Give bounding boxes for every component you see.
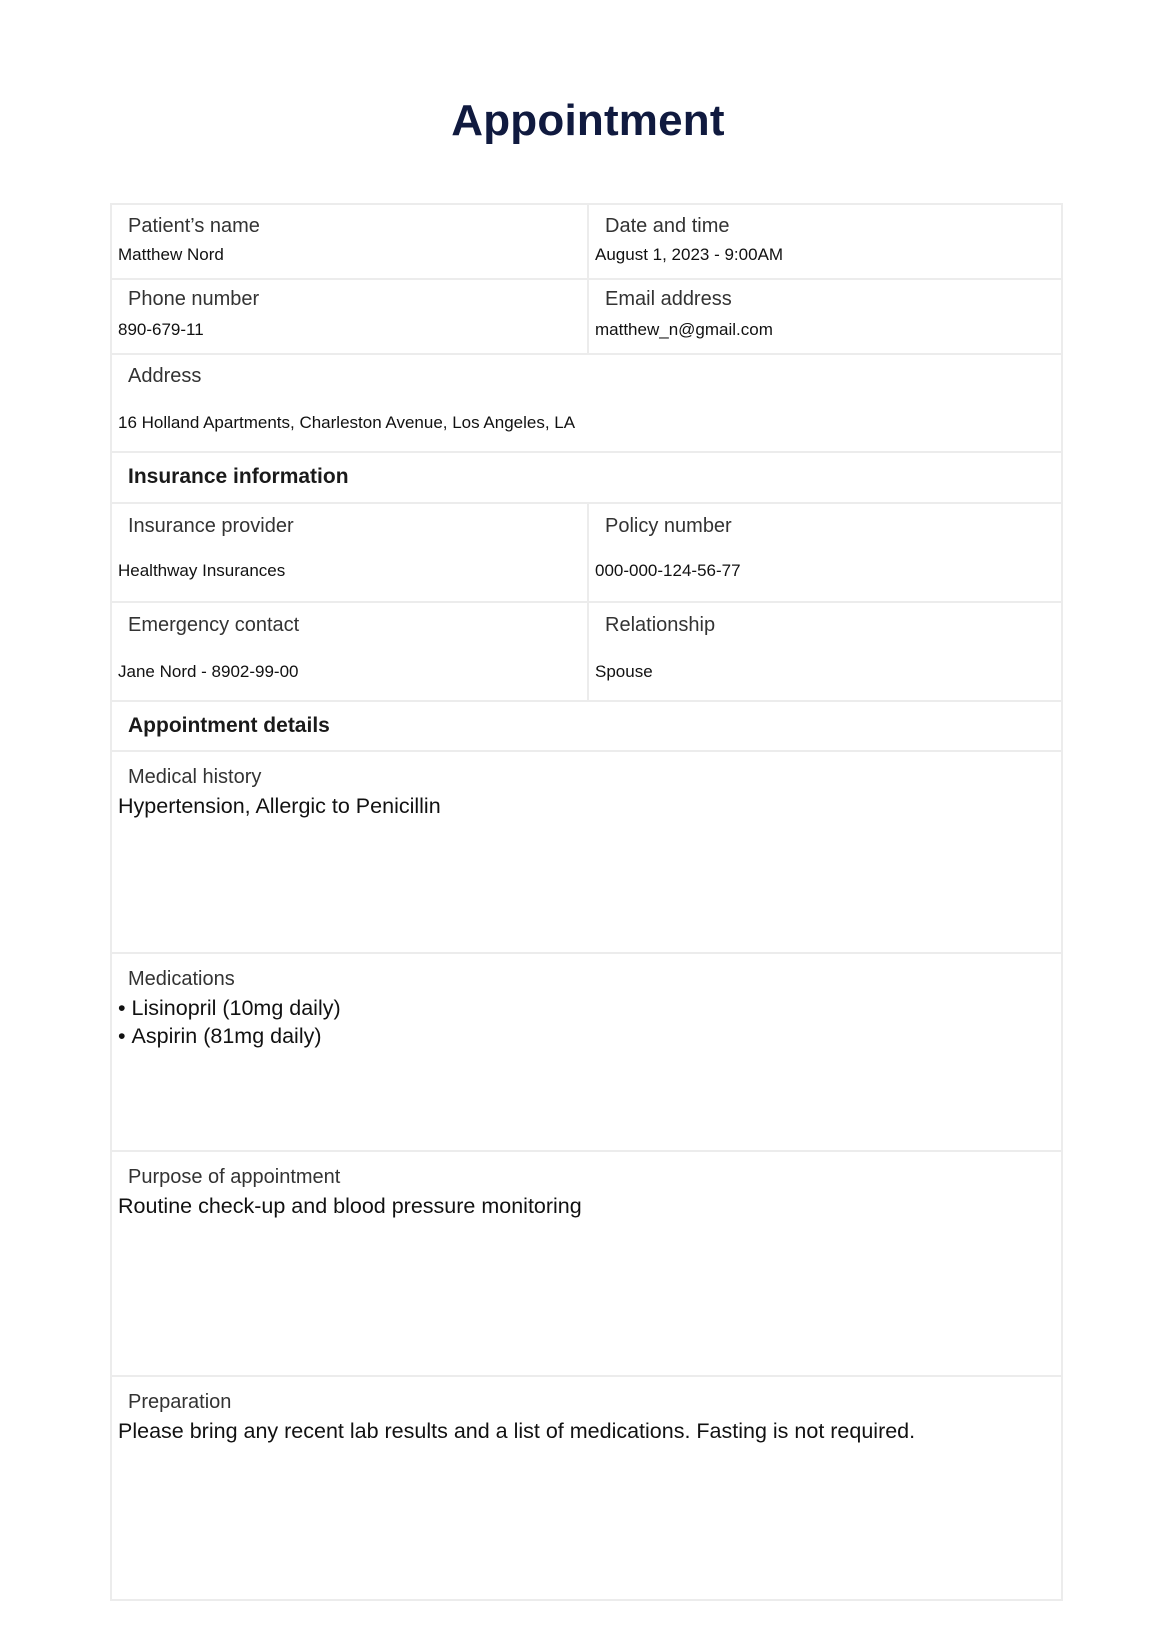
insurance-section-title: Insurance information [128, 465, 349, 489]
row-preparation: Preparation Please bring any recent lab … [112, 1377, 1061, 1601]
date-time-label: Date and time [605, 215, 730, 238]
relationship-cell: Relationship Spouse [589, 603, 1063, 700]
row-medical-history: Medical history Hypertension, Allergic t… [112, 752, 1061, 954]
row-emergency-relationship: Emergency contact Jane Nord - 8902-99-00… [112, 603, 1061, 702]
phone-label: Phone number [128, 288, 259, 311]
row-phone-email: Phone number 890-679-11 Email address ma… [112, 280, 1061, 355]
insurance-provider-cell: Insurance provider Healthway Insurances [112, 504, 589, 601]
address-cell: Address 16 Holland Apartments, Charlesto… [112, 355, 1061, 451]
details-section-title: Appointment details [128, 714, 330, 738]
appointment-form: Patient’s name Matthew Nord Date and tim… [110, 203, 1063, 1601]
phone-value[interactable]: 890-679-11 [118, 320, 204, 340]
relationship-label: Relationship [605, 614, 715, 637]
policy-number-cell: Policy number 000-000-124-56-77 [589, 504, 1063, 601]
email-value[interactable]: matthew_n@gmail.com [595, 320, 773, 340]
emergency-contact-label: Emergency contact [128, 614, 299, 637]
medication-item: Lisinopril (10mg daily) [118, 994, 341, 1022]
phone-cell: Phone number 890-679-11 [112, 280, 589, 353]
preparation-label: Preparation [128, 1391, 231, 1414]
patient-name-label: Patient’s name [128, 215, 260, 238]
row-name-date: Patient’s name Matthew Nord Date and tim… [112, 205, 1061, 280]
patient-name-value[interactable]: Matthew Nord [118, 245, 224, 265]
row-medications: Medications Lisinopril (10mg daily) Aspi… [112, 954, 1061, 1152]
preparation-value[interactable]: Please bring any recent lab results and … [118, 1417, 915, 1445]
email-label: Email address [605, 288, 732, 311]
policy-number-value[interactable]: 000-000-124-56-77 [595, 561, 741, 581]
address-value[interactable]: 16 Holland Apartments, Charleston Avenue… [118, 413, 575, 433]
policy-number-label: Policy number [605, 515, 732, 538]
medications-label: Medications [128, 968, 235, 991]
medical-history-label: Medical history [128, 766, 261, 789]
date-time-value[interactable]: August 1, 2023 - 9:00AM [595, 245, 783, 265]
purpose-value[interactable]: Routine check-up and blood pressure moni… [118, 1192, 582, 1220]
page-title: Appointment [0, 96, 1176, 146]
row-provider-policy: Insurance provider Healthway Insurances … [112, 504, 1061, 603]
relationship-value[interactable]: Spouse [595, 662, 653, 682]
medical-history-cell: Medical history Hypertension, Allergic t… [112, 752, 1061, 952]
row-insurance-header: Insurance information [112, 453, 1061, 504]
email-cell: Email address matthew_n@gmail.com [589, 280, 1063, 353]
medication-item: Aspirin (81mg daily) [118, 1022, 341, 1050]
medications-list[interactable]: Lisinopril (10mg daily) Aspirin (81mg da… [118, 994, 341, 1050]
row-address: Address 16 Holland Apartments, Charlesto… [112, 355, 1061, 453]
patient-name-cell: Patient’s name Matthew Nord [112, 205, 589, 278]
purpose-label: Purpose of appointment [128, 1166, 340, 1189]
emergency-contact-value[interactable]: Jane Nord - 8902-99-00 [118, 662, 299, 682]
date-time-cell: Date and time August 1, 2023 - 9:00AM [589, 205, 1063, 278]
row-details-header: Appointment details [112, 702, 1061, 752]
emergency-contact-cell: Emergency contact Jane Nord - 8902-99-00 [112, 603, 589, 700]
medical-history-value[interactable]: Hypertension, Allergic to Penicillin [118, 792, 441, 820]
row-purpose: Purpose of appointment Routine check-up … [112, 1152, 1061, 1377]
insurance-provider-label: Insurance provider [128, 515, 294, 538]
preparation-cell: Preparation Please bring any recent lab … [112, 1377, 1061, 1601]
insurance-provider-value[interactable]: Healthway Insurances [118, 561, 285, 581]
medications-cell: Medications Lisinopril (10mg daily) Aspi… [112, 954, 1061, 1150]
address-label: Address [128, 365, 201, 388]
purpose-cell: Purpose of appointment Routine check-up … [112, 1152, 1061, 1375]
